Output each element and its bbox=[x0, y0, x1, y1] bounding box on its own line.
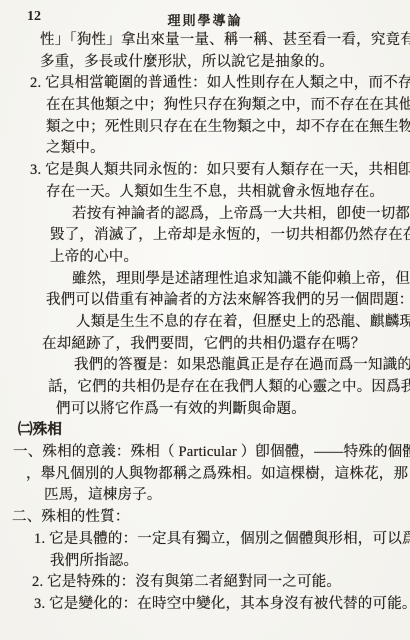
page-body: 性」「狗性」拿出來量一量、稱一稱、甚至看一看，究竟有 多重，多長或什麼形狀，所以… bbox=[0, 30, 410, 616]
text-line: 類之中；死性則只存在在生物類之中，却不存在在無生物 bbox=[46, 117, 410, 139]
page-header: 12 理則學導論 bbox=[0, 6, 410, 28]
list-item-line: 2. 它具相當範圍的普通性：如人性則存在人類之中，而不存 bbox=[30, 73, 410, 95]
text-line: 我們所指認。 bbox=[50, 551, 410, 573]
text-line: 在在其他類之中；狗性只存在狗類之中，而不存在在其他 bbox=[46, 95, 410, 117]
text-line: 匹馬，這棟房子。 bbox=[44, 485, 410, 507]
list-item-line: 2. 它是特殊的：沒有與第二者絕對同一之可能。 bbox=[32, 572, 410, 594]
paragraph-first-line: 若按有神論者的認爲，上帝爲一大共相，卽使一切都 bbox=[72, 204, 410, 226]
text-line: 性」「狗性」拿出來量一量、稱一稱、甚至看一看，究竟有 bbox=[40, 30, 410, 52]
text-line: 毀了，消滅了，上帝却是永恆的，一切共相都仍然存在在 bbox=[50, 225, 410, 247]
running-title: 理則學導論 bbox=[0, 10, 410, 29]
list-item-line: 3. 它是與人類共同永恆的：如只要有人類存在一天，共相卽 bbox=[30, 160, 410, 182]
list-item-line: 1. 它是具體的：一定具有獨立，個別之個體與形相，可以爲 bbox=[34, 529, 410, 551]
particular-properties-heading: 二、殊相的性質： bbox=[12, 507, 410, 529]
text-line: 多重，多長或什麼形狀，所以說它是抽象的。 bbox=[40, 52, 410, 74]
text-line: 話，它們的共相仍是存在在我們人類的心靈之中。因爲我 bbox=[48, 377, 410, 399]
book-page: 12 理則學導論 性」「狗性」拿出來量一量、稱一稱、甚至看一看，究竟有 多重，多… bbox=[0, 0, 410, 640]
text-line: 之類中。 bbox=[46, 138, 410, 160]
paragraph-first-line: 我們的答覆是：如果恐龍眞正是存在過而爲一知識的 bbox=[74, 355, 410, 377]
section-heading-particular: ㈡殊相 bbox=[18, 420, 410, 442]
text-line: 們可以將它作爲一有效的判斷與命題。 bbox=[56, 399, 410, 421]
text-line: 上帝的心中。 bbox=[50, 247, 410, 269]
text-line: 存在一天。人類如生生不息，共相就會永恆地存在。 bbox=[46, 182, 410, 204]
text-line: 我們可以借重有神論者的方法來解答我們的另一個問題： bbox=[46, 290, 410, 312]
list-item-line: 3. 它是變化的：在時空中變化，其本身沒有被代替的可能。 bbox=[34, 594, 410, 616]
paragraph-first-line: 人類是生生不息的存在着，但歷史上的恐龍、麒麟現 bbox=[76, 312, 410, 334]
text-line: 在却絕跡了，我們要問，它們的共相仍還存在嗎？ bbox=[42, 334, 410, 356]
text-line: ，舉凡個別的人與物都稱之爲殊相。如這棵樹，這株花，那 bbox=[26, 464, 410, 486]
particular-definition-line: 一、殊相的意義：殊相（ Particular ）卽個體，——特殊的個體 bbox=[13, 442, 410, 464]
paragraph-first-line: 雖然，理則學是述諸理性追求知識不能仰賴上帝，但 bbox=[72, 269, 410, 291]
